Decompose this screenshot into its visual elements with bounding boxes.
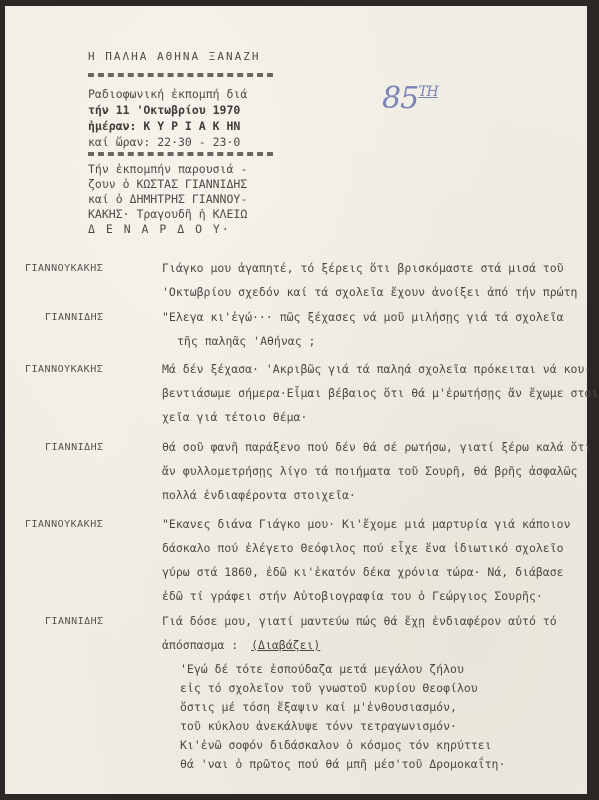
handwritten-suffix: ΤΗ [418, 84, 438, 100]
dialogue-line: ἄν φυλλομετρήσῃς λίγο τά ποιήματα τοῦ Σο… [162, 464, 577, 478]
speaker-label: ΓΙΑΝΝΙΔΗΣ [45, 442, 104, 453]
broadcast-info: Ραδιοφωνική ἐκπομπή διά τήν 11 'Οκτωβρίο… [88, 86, 247, 150]
dialogue-line: δάσκαλο πού ἐλέγετο Θεόφιλος πού εἶχε ἕν… [162, 541, 564, 555]
handwritten-number: 85 [382, 81, 418, 116]
presenters-line: Δ Ε Ν Α Ρ Δ Ο Υ· [88, 222, 247, 237]
presenters-line: ζουν ὁ ΚΩΣΤΑΣ ΓΙΑΝΝΙΔΗΣ [88, 177, 247, 192]
typewritten-page: Η ΠΑΛΗΑ ΑΘΗΝΑ ΞΑΝΑΖΗ Ραδιοφωνική ἐκπομπή… [5, 6, 587, 794]
speaker-label: ΓΙΑΝΝΟΥΚΑΚΗΣ [25, 519, 103, 530]
presenters-line: Τήν ἐκπομπήν παρουσιά - [88, 162, 247, 177]
broadcast-date: τήν 11 'Οκτωβρίου 1970 [88, 102, 247, 118]
speaker-label: ΓΙΑΝΝΟΥΚΑΚΗΣ [25, 364, 103, 375]
poem-line: τοῦ κύκλου ἀνεκάλυψε τόνν τετραγωνισμόν· [180, 719, 457, 733]
dialogue-text: ἀπόσπασμα : [162, 638, 238, 652]
poem-line: 'Εγώ δέ τότε ἐσπούδαζα μετά μεγάλου ζήλο… [180, 662, 464, 676]
dialogue-line: "Εκανες διάνα Γιάγκο μου· Κι'ἔχομε μιά μ… [162, 517, 571, 531]
dialogue-line: "Ελεγα κι'ἐγώ··· πῶς ξέχασες νά μοῦ μιλή… [162, 310, 564, 324]
dialogue-line: θά σοῦ φανῆ παράξενο πού δέν θά σέ ρωτήσ… [162, 440, 591, 454]
poem-line: θά 'ναι ὁ πρῶτος πού θά μπῆ μέσ'τοῦ Δρομ… [180, 757, 505, 771]
dialogue-line: 'Οκτωβρίου σχεδόν καί τά σχολεῖα ἔχουν ἀ… [162, 285, 577, 299]
dialogue-line: βεντιάσωμε σήμερα·Εἶμαι βέβαιος ὅτι θά μ… [162, 386, 598, 400]
speaker-label: ΓΙΑΝΝΙΔΗΣ [45, 616, 104, 627]
speaker-label: ΓΙΑΝΝΙΔΗΣ [45, 312, 104, 323]
presenters-block: Τήν ἐκπομπήν παρουσιά - ζουν ὁ ΚΩΣΤΑΣ ΓΙ… [88, 162, 247, 237]
stage-direction: (Διαβάζει) [251, 638, 320, 652]
broadcast-day: ἡμέραν: Κ Υ Ρ Ι Α Κ ΗΝ [88, 118, 247, 134]
broadcast-info-line: Ραδιοφωνική ἐκπομπή διά [88, 86, 247, 102]
poem-line: ὅστις μέ τόση ἔξαψιν καί μ'ἐνθουσιασμόν, [180, 700, 457, 714]
dialogue-line: χεῖα γιά τέτοιο θέμα· [162, 410, 307, 424]
dialogue-line: πολλά ἐνδιαφέροντα στοιχεῖα· [162, 488, 356, 502]
title-divider [88, 73, 273, 77]
broadcast-time: καί ὥραν: 22·30 - 23·0 [88, 134, 247, 150]
dialogue-line: Γιά δόσε μου, γιατί μαντεύω πώς θά ἔχῃ ἐ… [162, 614, 557, 628]
dialogue-line: γύρω στά 1860, ἐδῶ κι'ἑκατόν δέκα χρόνια… [162, 565, 564, 579]
handwritten-page-number: 85ΤΗ [382, 81, 438, 116]
poem-line: εἰς τό σχολεῖον τοῦ γνωστοῦ κυρίου Θεοφί… [180, 681, 478, 695]
presenters-line: καί ὁ ΔΗΜΗΤΡΗΣ ΓΙΑΝΝΟΥ- [88, 192, 247, 207]
info-divider [88, 152, 273, 156]
dialogue-line: Γιάγκο μου ἀγαπητέ, τό ξέρεις ὅτι βρισκό… [162, 261, 564, 275]
dialogue-line: ἀπόσπασμα : (Διαβάζει) [162, 638, 320, 652]
dialogue-line: Μά δέν ξέχασα· 'Ακριβῶς γιά τά παληά σχο… [162, 362, 591, 376]
document-title: Η ΠΑΛΗΑ ΑΘΗΝΑ ΞΑΝΑΖΗ [88, 50, 260, 63]
poem-line: Κι'ἐνῶ σοφόν διδάσκαλον ὁ κόσμος τόν κηρ… [180, 738, 492, 752]
dialogue-line: ἐδῶ τί γράφει στήν Αὐτοβιογραφία του ὁ Γ… [162, 589, 543, 603]
dialogue-line: τῆς παληᾶς 'Αθήνας ; [177, 334, 315, 348]
presenters-line: ΚΑΚΗΣ· Τραγουδῆ ἡ ΚΛΕΙΩ [88, 207, 247, 222]
speaker-label: ΓΙΑΝΝΟΥΚΑΚΗΣ [25, 263, 103, 274]
